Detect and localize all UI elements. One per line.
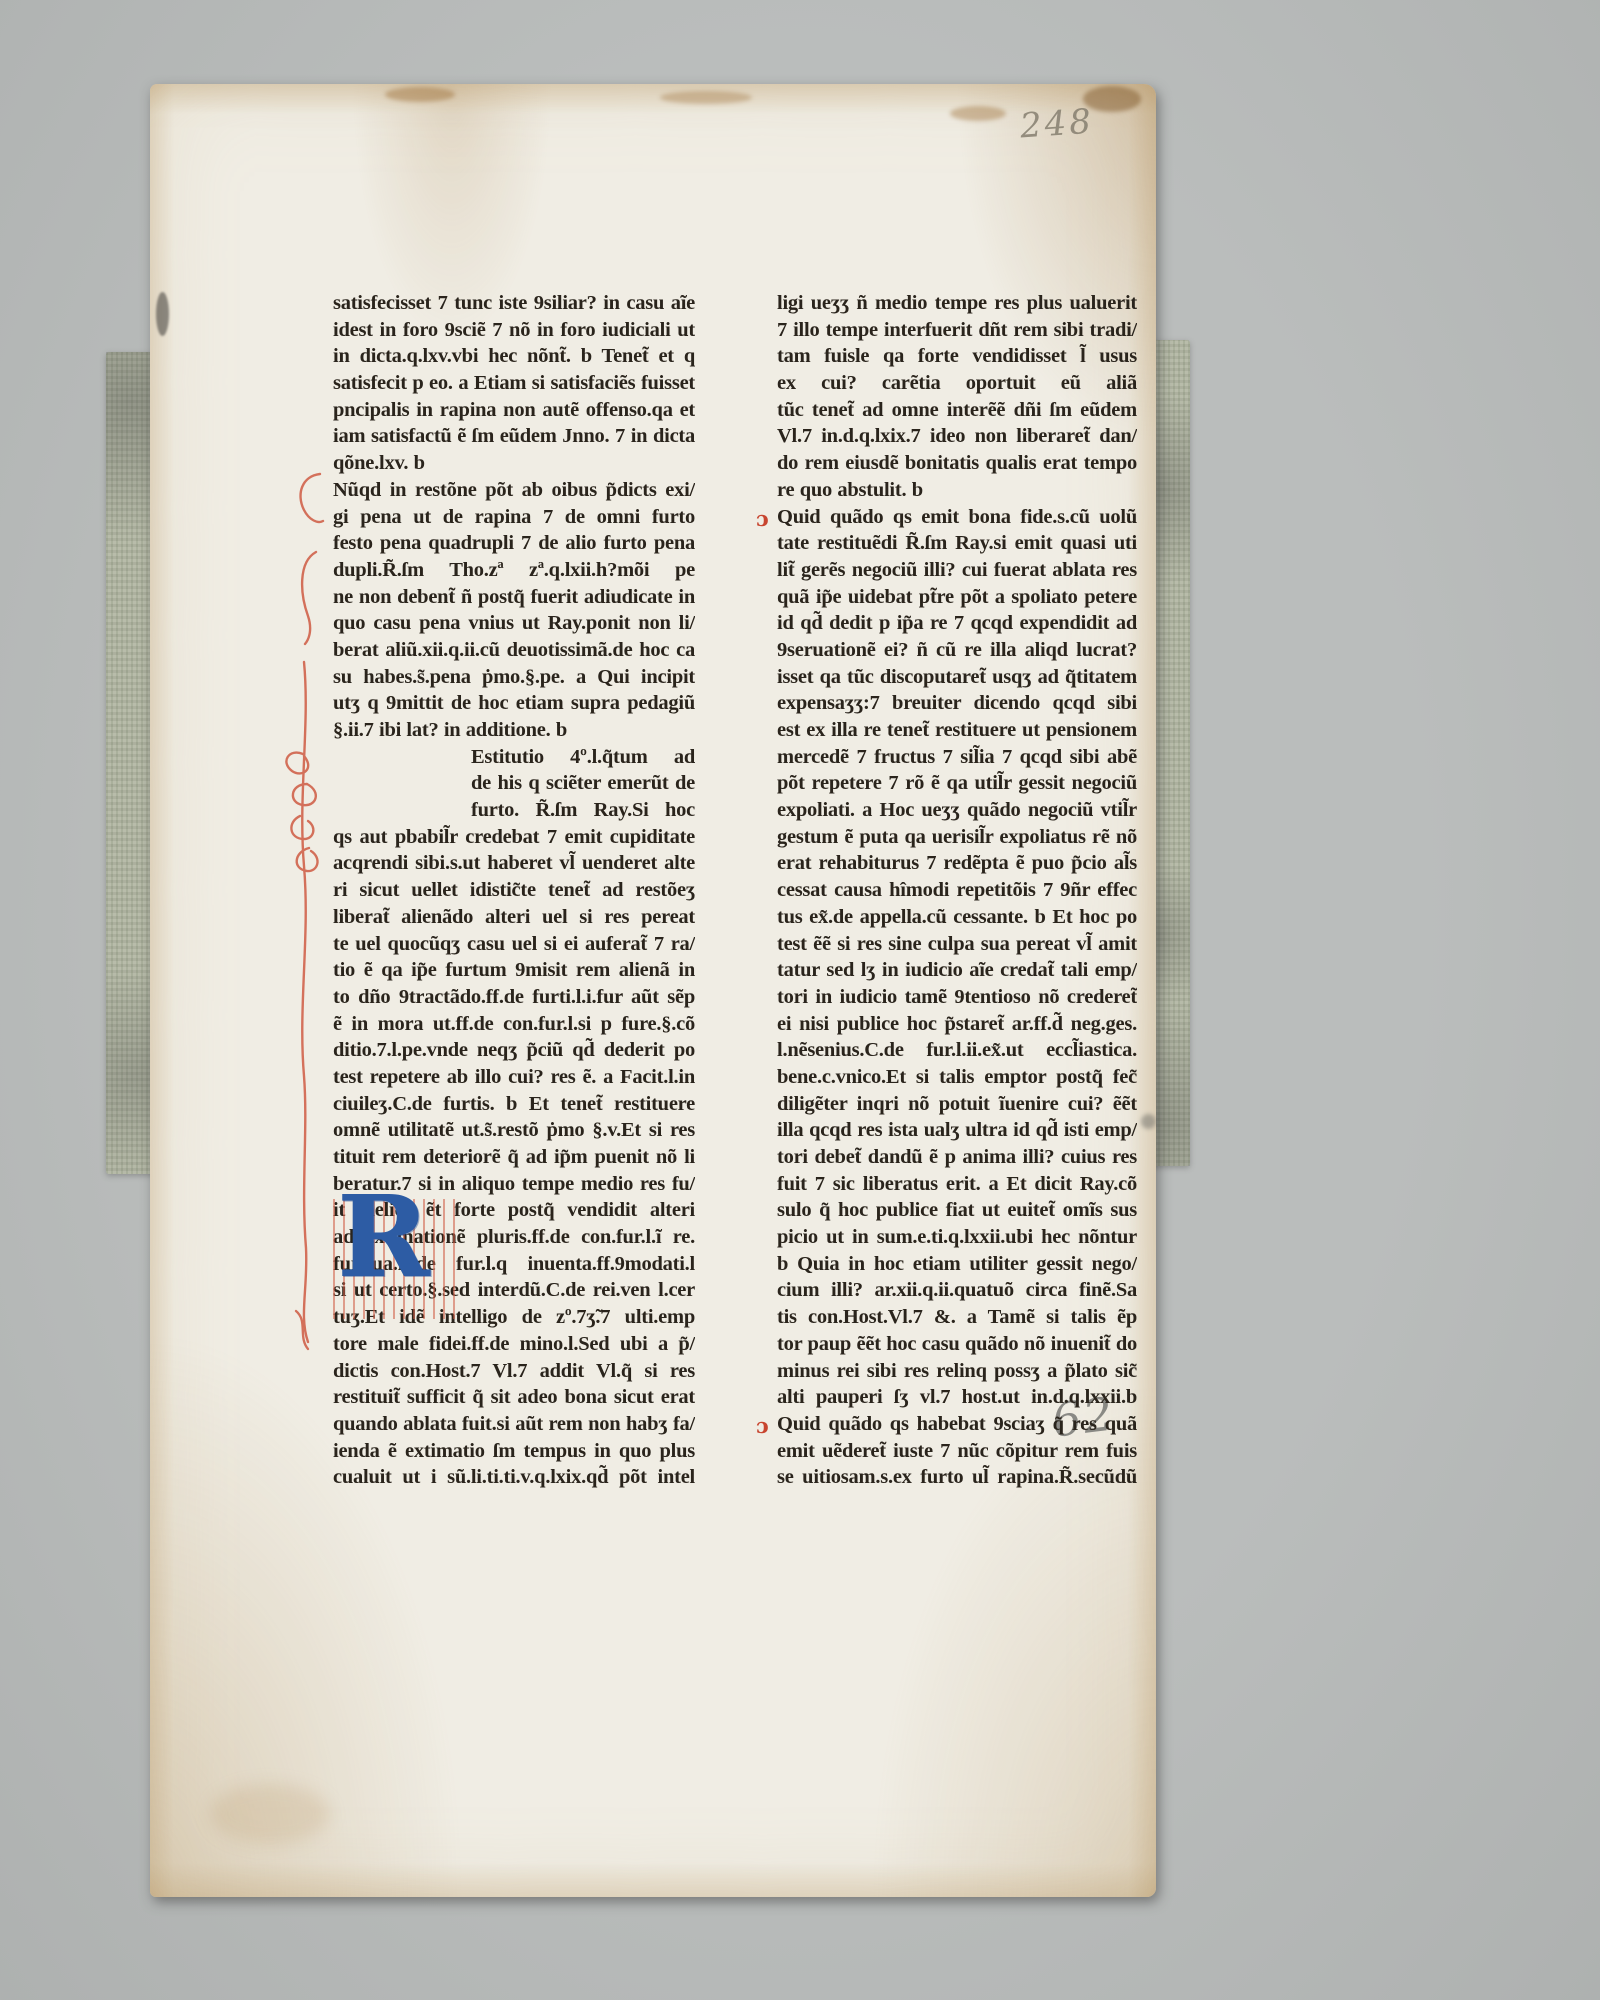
text-line: ienda ẽ extimatio ſm tempus in quo plus xyxy=(333,1438,695,1465)
text-line: tus ex̃.de appella.cũ cessante. b Et hoc… xyxy=(777,904,1137,931)
text-line: quo casu pena vnius ut Ray.ponit non li/ xyxy=(333,610,695,637)
text-line: to dño 9tractãdo.ff.de furti.l.i.fur aũt… xyxy=(333,984,695,1011)
text-line: ẽ in mora ut.ff.de con.fur.l.si p fure.§… xyxy=(333,1011,695,1038)
corner-toning xyxy=(210,1784,330,1844)
foxing-spot xyxy=(950,106,1006,121)
text-line: qõne.lxv. b xyxy=(333,450,695,477)
text-line: satisfecisset 7 tunc iste 9siliar? in ca… xyxy=(333,290,695,317)
initial-letter-R: R xyxy=(337,1183,430,1293)
text-line: erat rehabiturus 7 redẽpta ẽ puo p̃cio a… xyxy=(777,850,1137,877)
text-line: in dicta.q.lxv.vbi hec nõnt̃. b Tenet̃ e… xyxy=(333,343,695,370)
lines-beside-initial: Estitutio 4º.l.q̃tum ad emẽtes qdde his … xyxy=(333,744,695,824)
text-line: ex cui? carẽtia oportuit eũ aliã emere.n… xyxy=(777,370,1137,397)
text-line: minus rei sibi res relinq possʒ a p̃lato… xyxy=(777,1358,1137,1385)
text-column-left: satisfecisset 7 tunc iste 9siliar? in ca… xyxy=(333,290,695,1491)
text-line: Quid quãdo qs emit bona fide.s.cũ uolũ xyxy=(777,504,1137,531)
text-line: ne non debent̃ ñ postq̃ fuerit adiudicat… xyxy=(333,584,695,611)
text-line: ei nisi publice hoc p̃staret̃ ar.ff.d̃ n… xyxy=(777,1011,1137,1038)
text-line: quã ip̃e uidebat pt̃re põt a spoliato pe… xyxy=(777,584,1137,611)
edge-smudge xyxy=(156,292,169,336)
illuminated-initial: R xyxy=(329,1197,465,1281)
text-line: est ex illa re tenet̃ restituere ut pens… xyxy=(777,717,1137,744)
text-line: dupli.R̃.ſm Tho.zª zª.q.lxii.h?mõi pe xyxy=(333,557,695,584)
text-line: cessat causa hîmodi repetitõis 7 9ñr eff… xyxy=(777,877,1137,904)
text-line: expoliati. a Hoc ueʒʒ quãdo negociũ vtil… xyxy=(777,797,1137,824)
text-line: re quo abstulit. b xyxy=(777,477,1137,504)
text-line: ditio.7.l.pe.vnde neqʒ p̃ciũ qd̃ dederit… xyxy=(333,1037,695,1064)
text-line: satisfecit p eo. a Etiam si satisfaciẽs … xyxy=(333,370,695,397)
text-line: furto. R̃.ſm Ray.Si hoc sciebat xyxy=(471,797,695,824)
text-line: id qd̃ dedit p ip̃a re 7 qcqd expendidit… xyxy=(777,610,1137,637)
text-line: iam satisfactũ ẽ ſm eũdem Jnno. 7 in dic… xyxy=(333,423,695,450)
text-line: de his q sciẽter emerũt de rapina l̃ xyxy=(471,770,695,797)
column-left-upper: satisfecisset 7 tunc iste 9siliar? in ca… xyxy=(333,290,695,744)
text-line: diligẽter inqri nõ potuit ĩuenire cui? ẽ… xyxy=(777,1091,1137,1118)
foxing-spot xyxy=(385,87,455,102)
text-line: tis con.Host.Vl.7 &. a Tamẽ si talis ẽp xyxy=(777,1304,1137,1331)
text-line: mercedẽ 7 fructus 7 sil̃ia 7 qcqd sibi a… xyxy=(777,744,1137,771)
text-line: põt repetere 7 rõ ẽ qa util̃r gessit neg… xyxy=(777,770,1137,797)
text-line: acqrendi sibi.s.ut haberet vl̃ uenderet … xyxy=(333,850,695,877)
text-line: 7 illo tempe interfuerit dñt rem sibi tr… xyxy=(777,317,1137,344)
text-line: b Quia in hoc etiam utiliter gessit nego… xyxy=(777,1251,1137,1278)
column-left-lower: R Estitutio 4º.l.q̃tum ad emẽtes qdde hi… xyxy=(333,744,695,1491)
handwritten-folio-number: 248 xyxy=(1019,101,1096,146)
text-line: Nũqd in restõne põt ab oibus p̃dicts exi… xyxy=(333,477,695,504)
text-line: tor paup ẽẽt hoc casu quãdo nõ inuenit̃ … xyxy=(777,1331,1137,1358)
text-line: expensaʒʒ:7 breuiter dicendo qcqd sibi a… xyxy=(777,690,1137,717)
text-line: picio ut in sum.e.ti.q.lxxii.ubi hec nõn… xyxy=(777,1224,1137,1251)
text-line: te uel quocũqʒ casu uel si ei auferat̃ 7… xyxy=(333,931,695,958)
text-line: cualuit ut i sũ.li.ti.ti.v.q.lxix.qd̃ põ… xyxy=(333,1464,695,1491)
text-line: cium illi? ar.xii.q.ii.quatuõ circa finẽ… xyxy=(777,1277,1137,1304)
lines-below-initial: qs aut pbabil̃r credebat 7 emit cupidita… xyxy=(333,824,695,1491)
text-line: se uitiosam.s.ex furto ul̃ rapina.R̃.sec… xyxy=(777,1464,1137,1491)
text-line: alti pauperi ſʒ vl.7 host.ut in.d.q.lxxi… xyxy=(777,1384,1137,1411)
text-line: Estitutio 4º.l.q̃tum ad emẽtes qd xyxy=(471,744,695,771)
text-line: festo pena quadrupli 7 de alio furto pen… xyxy=(333,530,695,557)
text-line: tori debet̃ dandũ ẽ p anima illi? cuius … xyxy=(777,1144,1137,1171)
text-line: bene.c.vnico.Et si talis emptor postq̃ f… xyxy=(777,1064,1137,1091)
text-line: tam fuisle qa forte vendidisset l̃ usus … xyxy=(777,343,1137,370)
text-line: lit̃ gerẽs negociũ illi? cui fuerat abla… xyxy=(777,557,1137,584)
text-line: restituit̃ sufficit q̃ sit adeo bona sic… xyxy=(333,1384,695,1411)
text-line: tũc tenet̃ ad omne interẽẽ dñi ſm eũdem xyxy=(777,397,1137,424)
text-line: sulo q̃ hoc publice fiat ut euitet̃ omĩs… xyxy=(777,1197,1137,1224)
manuscript-leaf: 248 62 ɔ ɔ satisfecisset 7 tunc iste 9si… xyxy=(150,84,1156,1897)
text-line: test repetere ab illo cui? res ẽ. a Faci… xyxy=(333,1064,695,1091)
text-line: omnẽ utilitatẽ ut.s̃.restõ ṗmo §.v.Et si… xyxy=(333,1117,695,1144)
capitulum-mark: ɔ xyxy=(756,1415,769,1436)
text-line: l.nẽsenius.C.de fur.l.ii.ex̃.ut eccl̃ias… xyxy=(777,1037,1137,1064)
text-line: tore male fidei.ff.de mino.l.Sed ubi a p… xyxy=(333,1331,695,1358)
text-line: berat aliũ.xii.q.ii.cũ deuotissimã.de ho… xyxy=(333,637,695,664)
text-line: su habes.s̃.pena ṗmo.§.pe. a Qui incipit xyxy=(333,664,695,691)
text-line: emit uẽderet̃ iuste 7 nũc cõpitur rem fu… xyxy=(777,1438,1137,1465)
text-line: liberat̃ alienãdo alteri uel si res pere… xyxy=(333,904,695,931)
text-line: illa qcqd res ista ualʒ ultra id qd̃ ist… xyxy=(777,1117,1137,1144)
text-line: dictis con.Host.7 Vl.7 addit Vl.q̃ si re… xyxy=(333,1358,695,1385)
text-line: qs aut pbabil̃r credebat 7 emit cupidita… xyxy=(333,824,695,851)
text-line: gestum ẽ puta qa uerisil̃r expoliatus rẽ… xyxy=(777,824,1137,851)
text-line: do rem eiusdẽ bonitatis qualis erat temp… xyxy=(777,450,1137,477)
text-line: ri sicut uellet idistic̃te tenet̃ ad res… xyxy=(333,877,695,904)
foxing-spot xyxy=(660,91,752,104)
column-right-lines: ligi ueʒʒ ñ medio tempe res plus ualueri… xyxy=(777,290,1137,1491)
text-line: 9seruationẽ ei? ñ cũ re illa aliqd lucra… xyxy=(777,637,1137,664)
text-line: isset qa tũc discoputaret̃ usqʒ ad q̃tit… xyxy=(777,664,1137,691)
text-line: fuit 7 sic liberatus erit. a Et dicit Ra… xyxy=(777,1171,1137,1198)
text-column-right: ligi ueʒʒ ñ medio tempe res plus ualueri… xyxy=(777,290,1137,1491)
text-line: tatur sed lʒ in iudicio aĩe credat̃ tali… xyxy=(777,957,1137,984)
text-line: tio ẽ qa ip̃e furtum 9misit rem alienã i… xyxy=(333,957,695,984)
photo-background: 248 62 ɔ ɔ satisfecisset 7 tunc iste 9si… xyxy=(0,0,1600,2000)
text-line: test ẽẽ si res sine culpa sua pereat vl̃… xyxy=(777,931,1137,958)
text-line: pncipalis in rapina non autẽ offenso.qa … xyxy=(333,397,695,424)
text-line: tate restituẽdi R̃.ſm Ray.si emit quasi … xyxy=(777,530,1137,557)
text-line: utʒ q 9mittit de hoc etiam supra pedagiũ xyxy=(333,690,695,717)
text-line: tori in iudicio tamẽ 9tentioso nõ creder… xyxy=(777,984,1137,1011)
text-line: Vl.7 in.d.q.lxix.7 ideo non liberaret̃ d… xyxy=(777,423,1137,450)
text-line: tituit rem deteriorẽ q̃ ad ip̃m puenit n… xyxy=(333,1144,695,1171)
foxing-spot xyxy=(1141,1114,1156,1129)
text-line: ligi ueʒʒ ñ medio tempe res plus ualueri… xyxy=(777,290,1137,317)
text-line: §.ii.7 ibi lat? in additione. b xyxy=(333,717,695,744)
text-line: quando ablata fuit.si aũt rem non habʒ f… xyxy=(333,1411,695,1438)
capitulum-mark: ɔ xyxy=(756,508,769,529)
text-line: idest in foro 9sciẽ 7 nõ in foro iudicia… xyxy=(333,317,695,344)
text-line: Quid quãdo qs habebat 9sciaʒ q̃ res quã xyxy=(777,1411,1137,1438)
text-line: ciuileʒ.C.de furtis. b Et tenet̃ restitu… xyxy=(333,1091,695,1118)
text-line: gi pena ut de rapina 7 de omni furto man… xyxy=(333,504,695,531)
